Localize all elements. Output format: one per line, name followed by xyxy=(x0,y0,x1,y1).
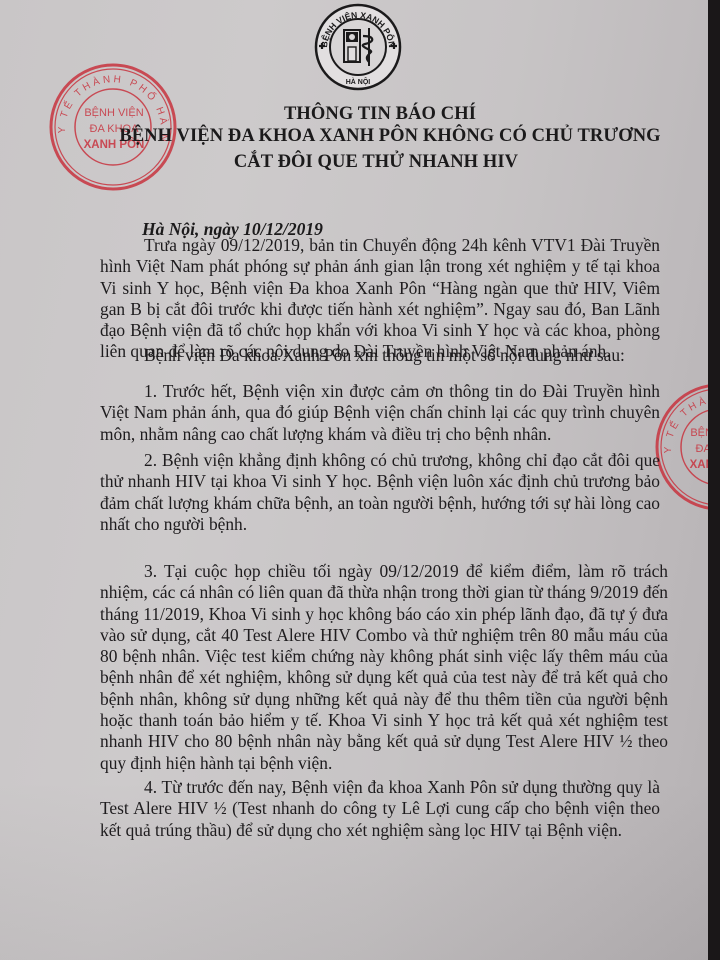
svg-text:HÀ NỘI: HÀ NỘI xyxy=(346,77,371,86)
document-title-line-1: BỆNH VIỆN ĐA KHOA XANH PÔN KHÔNG CÓ CHỦ … xyxy=(30,126,708,147)
document-heading: THÔNG TIN BÁO CHÍ xyxy=(20,104,708,125)
hospital-emblem-icon: BỆNH VIỆN XANH PÔN HÀ NỘI xyxy=(313,2,403,92)
svg-text:XANH PÔN: XANH PÔN xyxy=(690,458,708,471)
red-seal-stamp-icon: SỞ Y TẾ THÀNH PHỐ HÀ NỘI BỆNH VIỆN ĐA KH… xyxy=(652,380,708,514)
paragraph-text: Bệnh viện Đa khoa Xanh Pôn xin thông tin… xyxy=(100,345,660,366)
paragraph-point-2: 2. Bệnh viện khẳng định không có chủ trư… xyxy=(100,450,660,535)
paragraph-intro: Trưa ngày 09/12/2019, bản tin Chuyển độn… xyxy=(100,235,660,363)
paragraph-text: 4. Từ trước đến nay, Bệnh viện đa khoa X… xyxy=(100,777,660,841)
paragraph-text: 3. Tại cuộc họp chiều tối ngày 09/12/201… xyxy=(100,561,668,774)
document-title-line-2: CẮT ĐÔI QUE THỬ NHANH HIV xyxy=(16,152,708,173)
paragraph-text: 2. Bệnh viện khẳng định không có chủ trư… xyxy=(100,450,660,535)
paragraph-point-4: 4. Từ trước đến nay, Bệnh viện đa khoa X… xyxy=(100,777,660,841)
press-release-page: BỆNH VIỆN XANH PÔN HÀ NỘI SỞ Y TẾ THÀNH … xyxy=(0,0,708,960)
svg-text:ĐA KHOA: ĐA KHOA xyxy=(696,443,708,455)
svg-text:BỆNH VIỆN: BỆNH VIỆN xyxy=(690,426,708,439)
paragraph-text: 1. Trước hết, Bệnh viện xin được cảm ơn … xyxy=(100,381,660,445)
paragraph-point-3: 3. Tại cuộc họp chiều tối ngày 09/12/201… xyxy=(100,561,668,774)
paragraph-lead-in: Bệnh viện Đa khoa Xanh Pôn xin thông tin… xyxy=(100,345,660,366)
paragraph-point-1: 1. Trước hết, Bệnh viện xin được cảm ơn … xyxy=(100,381,660,445)
paragraph-text: Trưa ngày 09/12/2019, bản tin Chuyển độn… xyxy=(100,235,660,363)
